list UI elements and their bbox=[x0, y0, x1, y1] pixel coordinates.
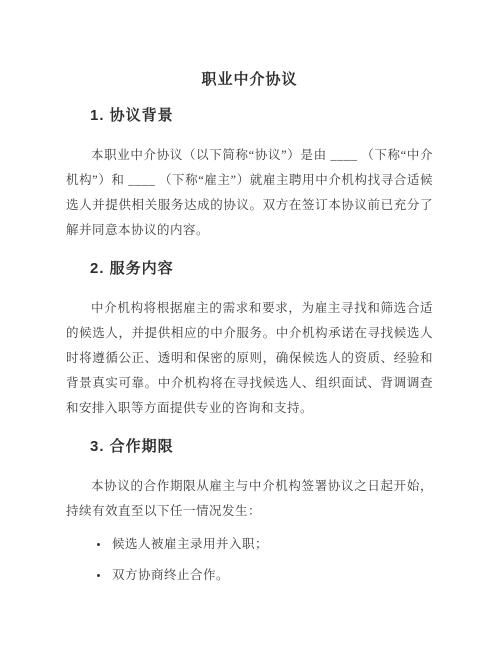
section-service-content: 2. 服务内容 中介机构将根据雇主的需求和要求，为雇主寻找和筛选合适的候选人，并… bbox=[66, 259, 433, 421]
paragraph: 本职业中介协议（以下简称“协议”）是由 ____ （下称“中介机构”）和 ___… bbox=[66, 143, 433, 243]
paragraph: 本协议的合作期限从雇主与中介机构签署协议之日起开始，持续有效直至以下任一情况发生… bbox=[66, 474, 433, 524]
section-heading-1: 1. 协议背景 bbox=[90, 106, 433, 126]
section-cooperation-term: 3. 合作期限 本协议的合作期限从雇主与中介机构签署协议之日起开始，持续有效直至… bbox=[66, 437, 433, 588]
section-agreement-background: 1. 协议背景 本职业中介协议（以下简称“协议”）是由 ____ （下称“中介机… bbox=[66, 106, 433, 243]
list-item: 候选人被雇主录用并入职； bbox=[110, 532, 433, 557]
paragraph: 中介机构将根据雇主的需求和要求，为雇主寻找和筛选合适的候选人，并提供相应的中介服… bbox=[66, 296, 433, 421]
section-heading-2: 2. 服务内容 bbox=[90, 259, 433, 279]
termination-conditions-list: 候选人被雇主录用并入职； 双方协商终止合作。 bbox=[66, 532, 433, 588]
document-title: 职业中介协议 bbox=[66, 70, 433, 90]
list-item: 双方协商终止合作。 bbox=[110, 563, 433, 588]
document-page: 职业中介协议 1. 协议背景 本职业中介协议（以下简称“协议”）是由 ____ … bbox=[0, 0, 500, 647]
section-heading-3: 3. 合作期限 bbox=[90, 437, 433, 457]
